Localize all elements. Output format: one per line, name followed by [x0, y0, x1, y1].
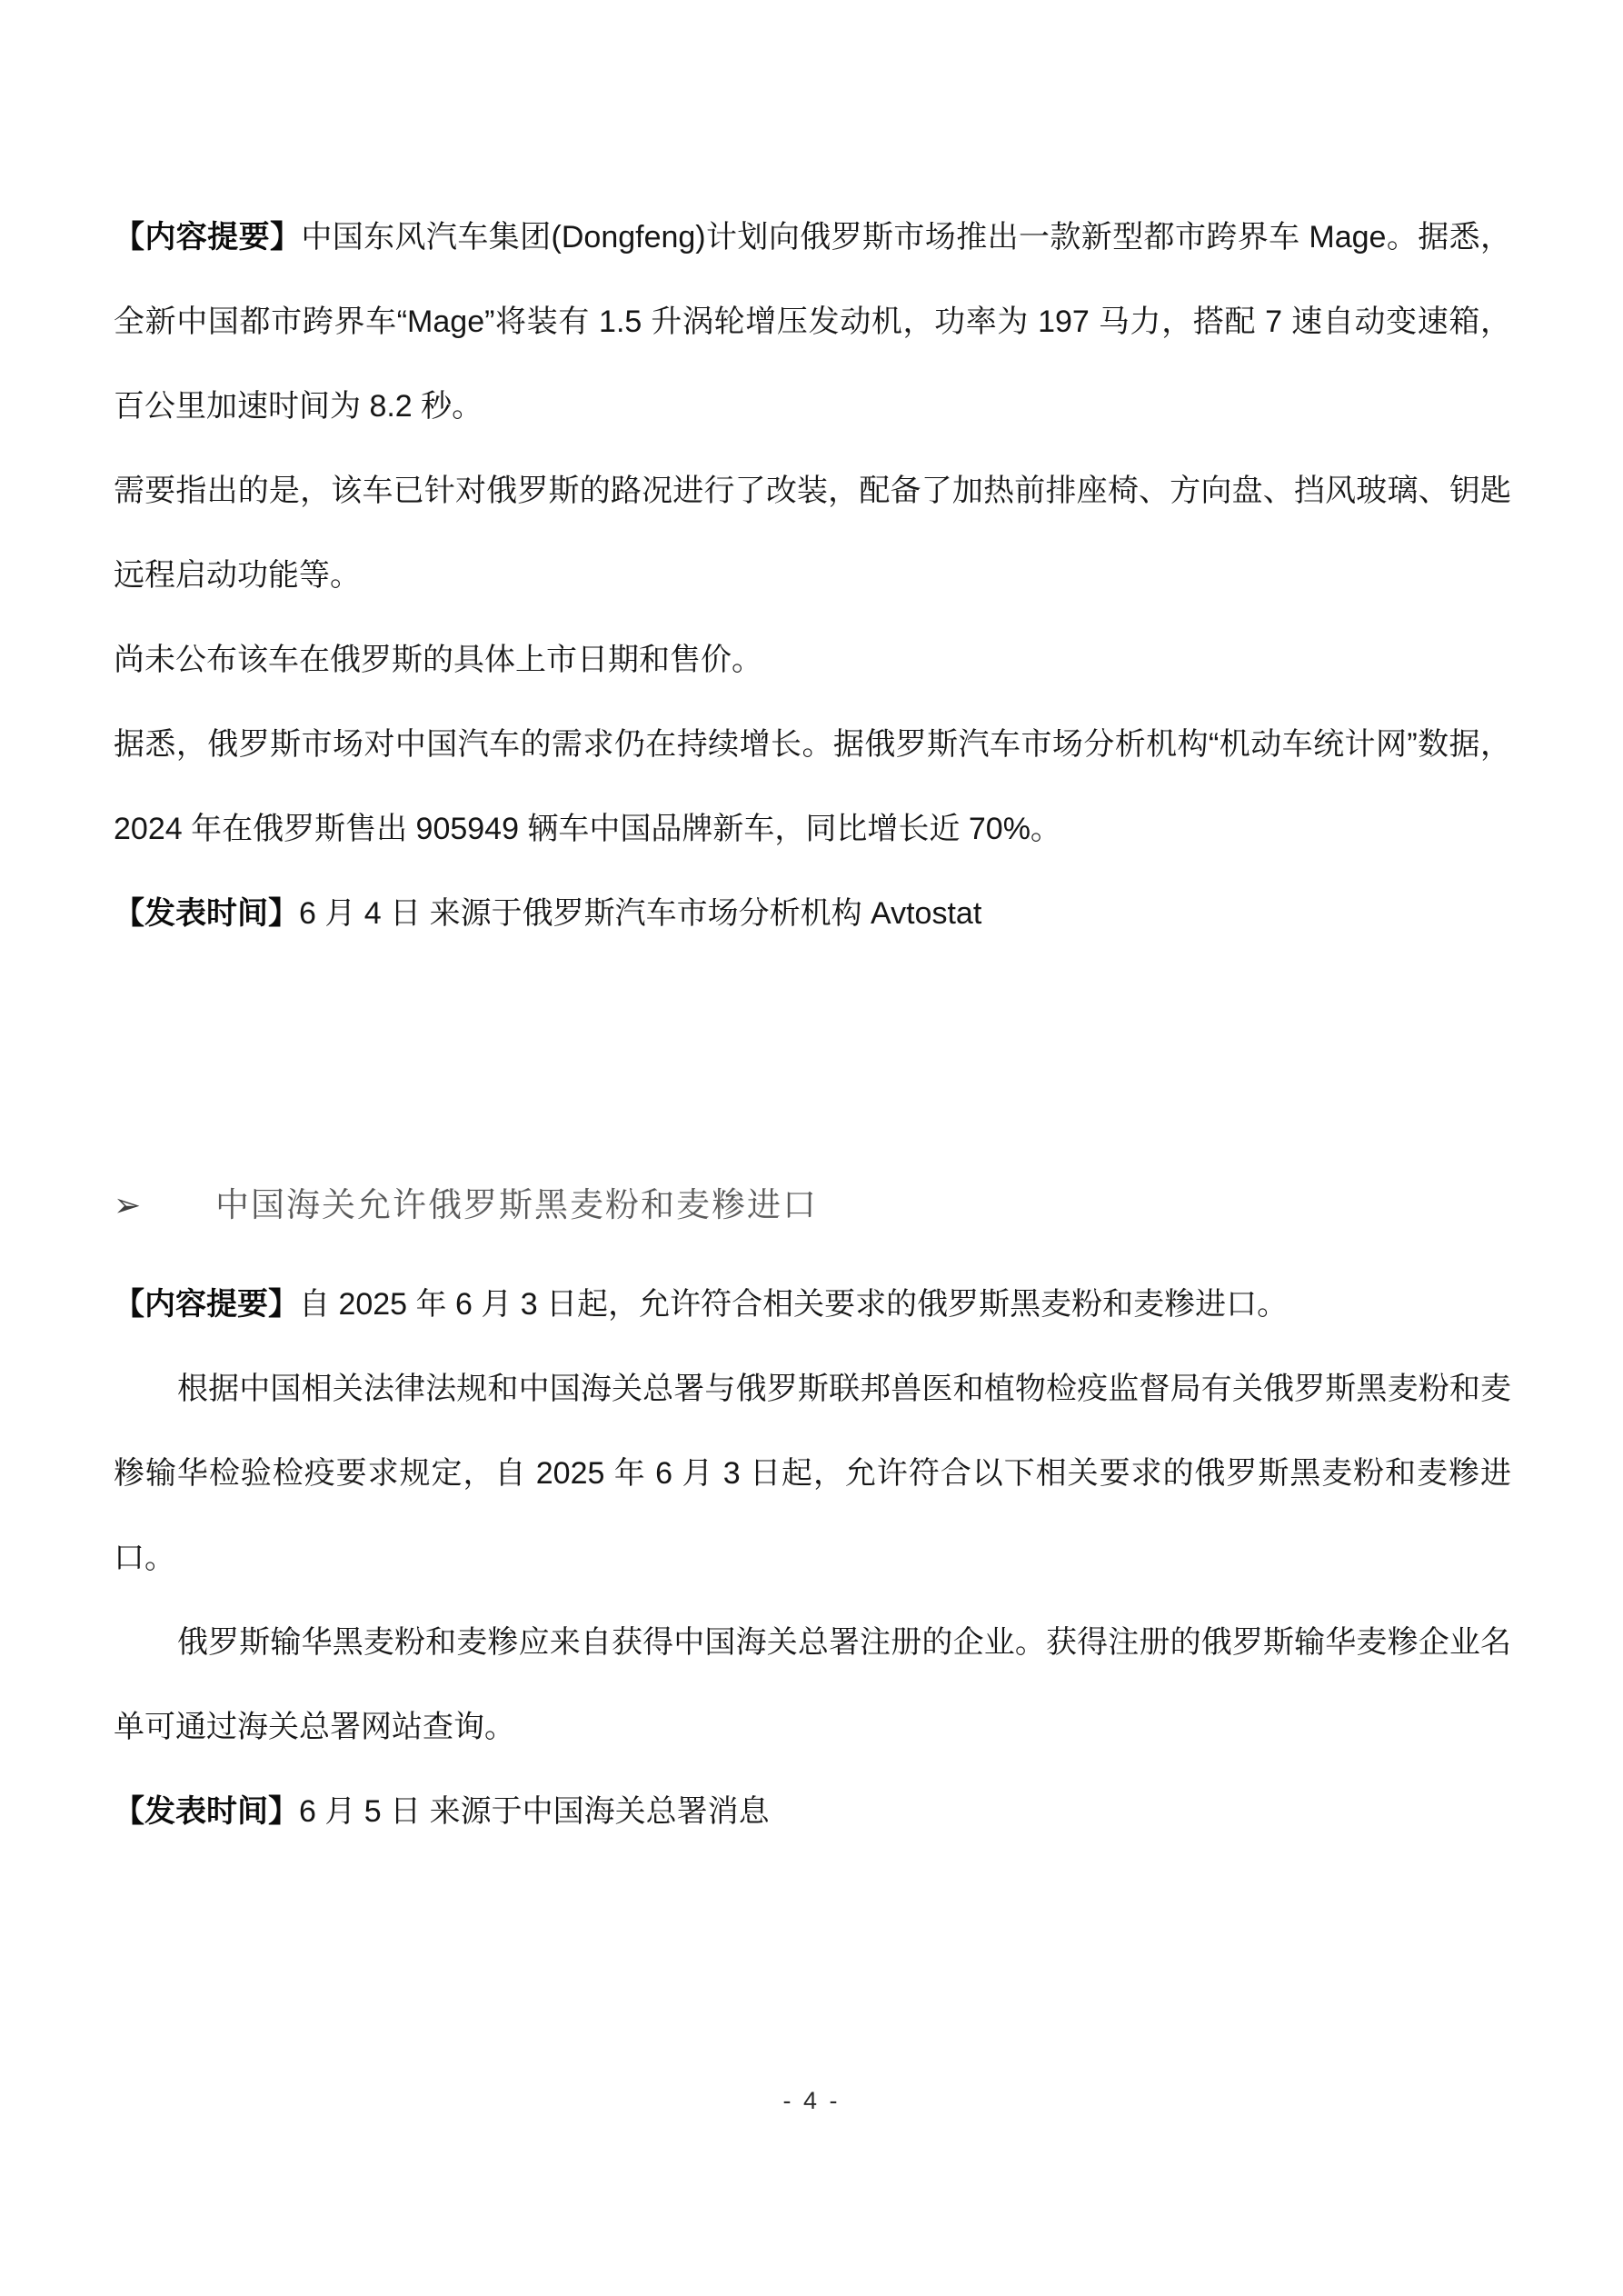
article1-publish-text: 6 月 4 日 来源于俄罗斯汽车市场分析机构 Avtostat: [299, 896, 981, 931]
article1-publish-line: 【发表时间】6 月 4 日 来源于俄罗斯汽车市场分析机构 Avtostat: [114, 872, 1511, 956]
article1-paragraph-3-text: 尚未公布该车在俄罗斯的具体上市日期和售价。: [114, 643, 762, 677]
article2-heading: ➢中国海关允许俄罗斯黑麦粉和麦糁进口: [114, 1158, 1511, 1253]
article2-paragraph-3-text: 俄罗斯输华黑麦粉和麦糁应来自获得中国海关总署注册的企业。获得注册的俄罗斯输华麦糁…: [114, 1625, 1511, 1744]
article1-paragraph-4: 据悉，俄罗斯市场对中国汽车的需求仍在持续增长。据俄罗斯汽车市场分析机构“机动车统…: [114, 703, 1511, 872]
summary-label: 【内容提要】: [114, 220, 301, 255]
page-number: - 4 -: [0, 2087, 1623, 2115]
document-page: 【内容提要】中国东风汽车集团(Dongfeng)计划向俄罗斯市场推出一款新型都市…: [0, 0, 1623, 2296]
article2-paragraph-3: 俄罗斯输华黑麦粉和麦糁应来自获得中国海关总署注册的企业。获得注册的俄罗斯输华麦糁…: [114, 1601, 1511, 1770]
article1-summary-paragraph: 【内容提要】中国东风汽车集团(Dongfeng)计划向俄罗斯市场推出一款新型都市…: [114, 195, 1511, 449]
article2-paragraph-2: 根据中国相关法律法规和中国海关总署与俄罗斯联邦兽医和植物检疫监督局有关俄罗斯黑麦…: [114, 1347, 1511, 1601]
article1-paragraph-4-text: 据悉，俄罗斯市场对中国汽车的需求仍在持续增长。据俄罗斯汽车市场分析机构“机动车统…: [114, 727, 1511, 846]
article1-paragraph-2-text: 需要指出的是，该车已针对俄罗斯的路况进行了改装，配备了加热前排座椅、方向盘、挡风…: [114, 474, 1511, 593]
publish-label: 【发表时间】: [114, 896, 299, 931]
article2-summary-paragraph: 【内容提要】自 2025 年 6 月 3 日起，允许符合相关要求的俄罗斯黑麦粉和…: [114, 1263, 1511, 1347]
article2-publish-line: 【发表时间】6 月 5 日 来源于中国海关总署消息: [114, 1770, 1511, 1854]
article1-summary-text: 中国东风汽车集团(Dongfeng)计划向俄罗斯市场推出一款新型都市跨界车 Ma…: [114, 220, 1511, 424]
article2-summary-text: 自 2025 年 6 月 3 日起，允许符合相关要求的俄罗斯黑麦粉和麦糁进口。: [299, 1287, 1288, 1322]
article1-paragraph-3: 尚未公布该车在俄罗斯的具体上市日期和售价。: [114, 618, 1511, 703]
article2-heading-text: 中国海关允许俄罗斯黑麦粉和麦糁进口: [215, 1186, 818, 1223]
article1-paragraph-2: 需要指出的是，该车已针对俄罗斯的路况进行了改装，配备了加热前排座椅、方向盘、挡风…: [114, 449, 1511, 618]
article2-paragraph-2-text: 根据中国相关法律法规和中国海关总署与俄罗斯联邦兽医和植物检疫监督局有关俄罗斯黑麦…: [114, 1372, 1511, 1575]
publish-label: 【发表时间】: [114, 1794, 299, 1829]
arrow-bullet-icon: ➢: [114, 1158, 215, 1253]
summary-label: 【内容提要】: [114, 1287, 299, 1322]
article2-publish-text: 6 月 5 日 来源于中国海关总署消息: [299, 1794, 770, 1829]
document-body: 【内容提要】中国东风汽车集团(Dongfeng)计划向俄罗斯市场推出一款新型都市…: [114, 195, 1511, 1854]
